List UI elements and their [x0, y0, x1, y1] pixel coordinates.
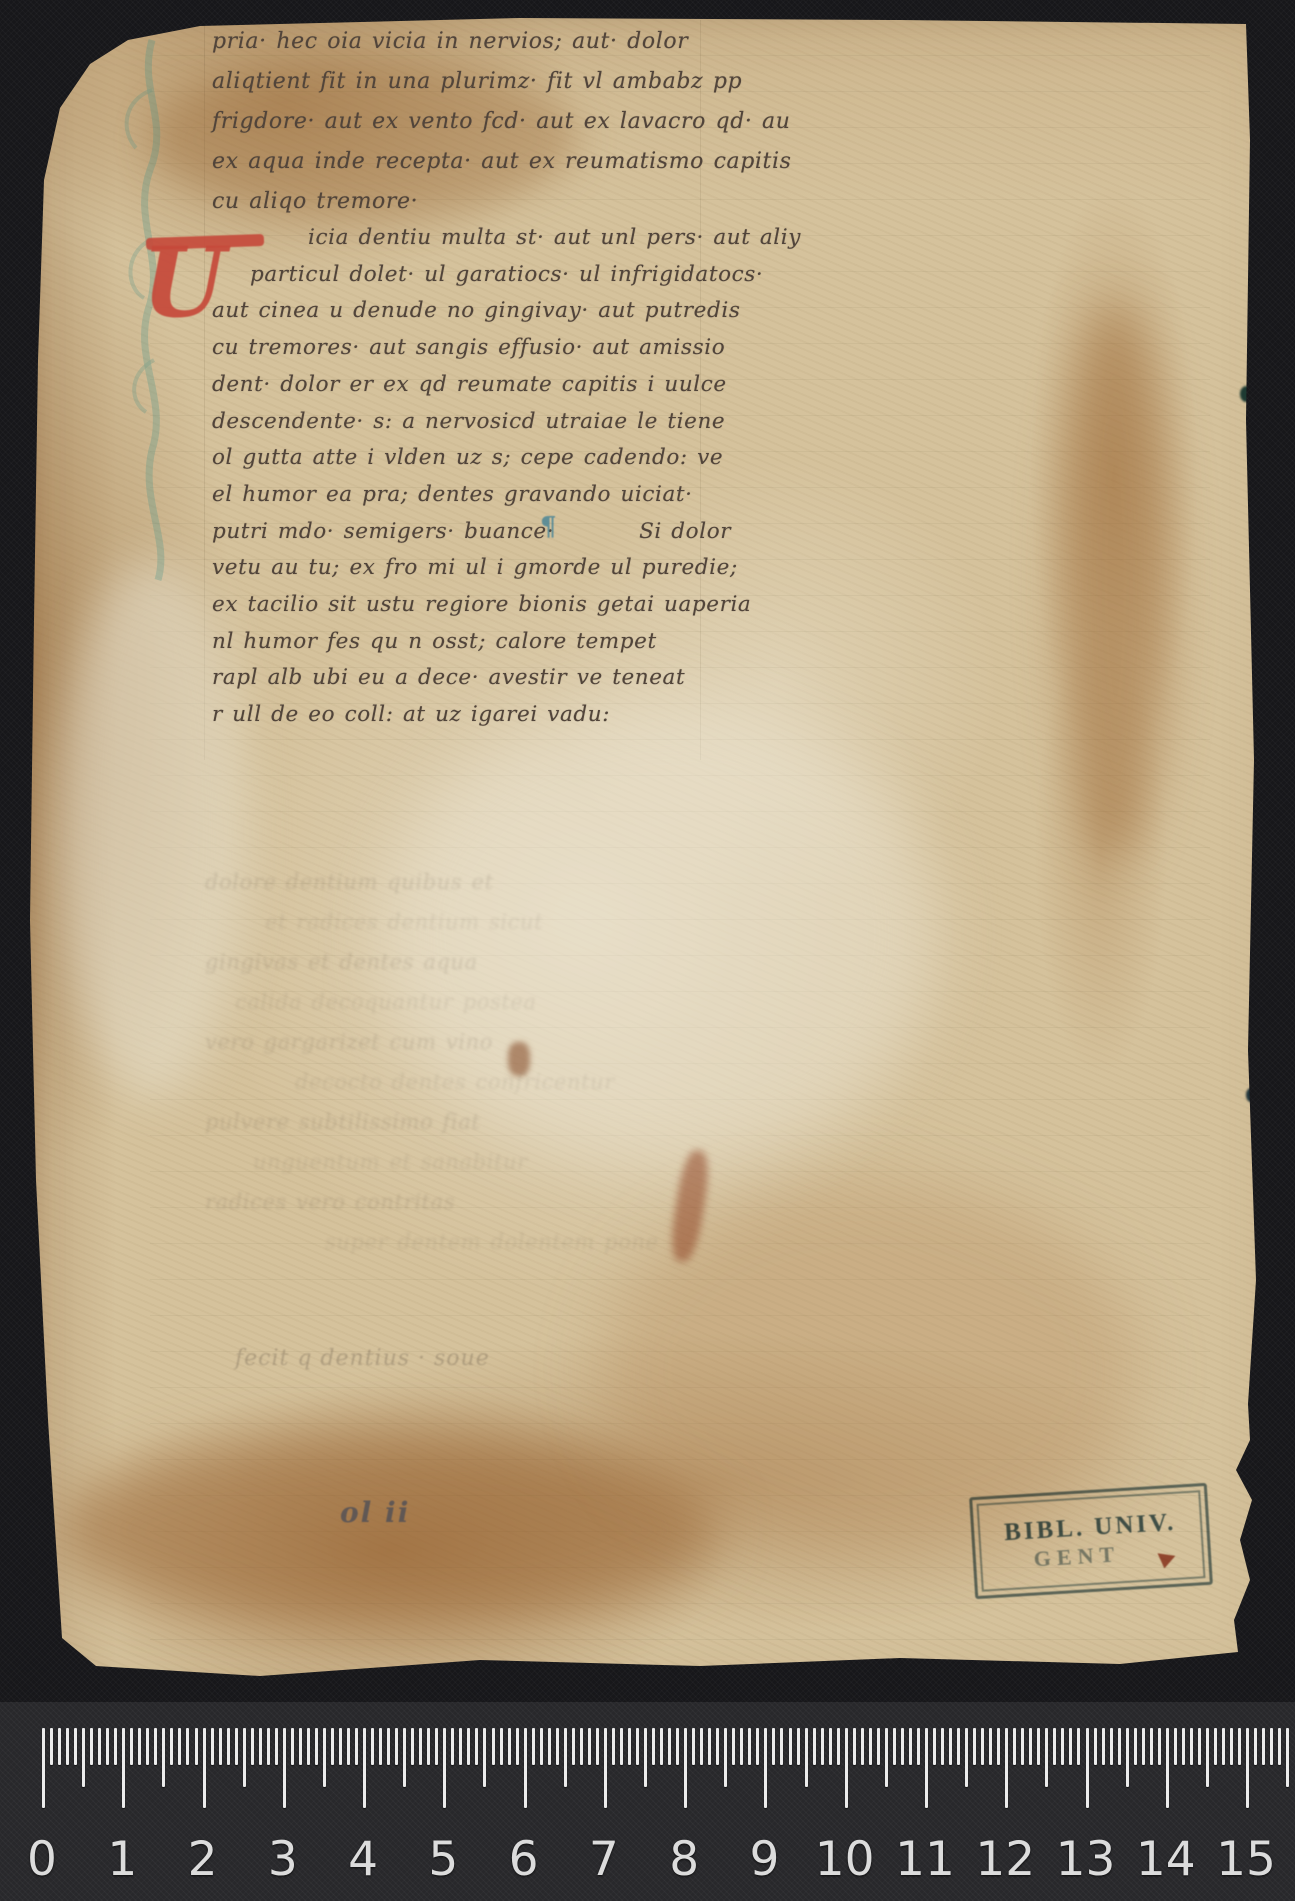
ruler-tick [869, 1728, 872, 1765]
ruler-tick [331, 1728, 334, 1765]
ruler-tick [203, 1728, 206, 1808]
ruler-tick [1270, 1728, 1273, 1765]
ruler-tick [724, 1728, 727, 1787]
ruler-tick [435, 1728, 438, 1765]
ruler-tick [829, 1728, 832, 1765]
ruler-number: 13 [1046, 1832, 1126, 1887]
ruler-tick [315, 1728, 318, 1765]
ruler-number: 14 [1126, 1832, 1206, 1887]
manuscript-line: aliqtient fit in una plurimz· fit vl amb… [212, 62, 732, 102]
ruler-tick [106, 1728, 109, 1765]
ruler-tick [1286, 1728, 1289, 1787]
ruler-tick [933, 1728, 936, 1765]
ruler-tick [307, 1728, 310, 1765]
ruler-tick [371, 1728, 374, 1765]
manuscript-line: nl humor fes qu n osst; calore tempet [212, 624, 732, 661]
ruler-tick [195, 1728, 198, 1765]
ruler-tick [620, 1728, 623, 1765]
ruler-tick [1278, 1728, 1281, 1765]
ruler-tick [427, 1728, 430, 1765]
manuscript-line: putri mdo· semigers· buance· Si dolor [212, 514, 732, 551]
ruler-tick [981, 1728, 984, 1765]
ruler-number: 0 [2, 1832, 82, 1887]
ruler-tick [82, 1728, 85, 1787]
ruler-tick [508, 1728, 511, 1765]
ruler-tick [1166, 1728, 1169, 1808]
ruler-tick [949, 1728, 952, 1765]
ruler-tick [772, 1728, 775, 1765]
ruler-tick [756, 1728, 759, 1765]
ruler-tick [893, 1728, 896, 1765]
ruler-tick [387, 1728, 390, 1765]
ruler-number: 9 [724, 1832, 804, 1887]
page-hole [1240, 386, 1252, 402]
faded-line: radices vero contritas [205, 1182, 825, 1222]
ruler-tick [58, 1728, 61, 1765]
faded-line: calida decoquantur postea [205, 982, 825, 1022]
ruler-tick [1118, 1728, 1121, 1765]
ruler-tick [877, 1728, 880, 1765]
ruler-tick [90, 1728, 93, 1765]
ruler-tick [219, 1728, 222, 1765]
ruler-tick [973, 1728, 976, 1765]
ruler-tick [805, 1728, 808, 1787]
ruler-tick [1069, 1728, 1072, 1765]
ruler-tick [917, 1728, 920, 1765]
ruler-tick [1246, 1728, 1249, 1808]
ruler-tick [170, 1728, 173, 1765]
ruler-tick [652, 1728, 655, 1765]
manuscript-line: dent· dolor er ex qd reumate capitis i u… [212, 367, 732, 404]
faded-line: super dentem dolentem pone [205, 1222, 825, 1262]
ruler-tick [797, 1728, 800, 1765]
ruler-tick [580, 1728, 583, 1765]
ruler-tick [997, 1728, 1000, 1765]
ruler-tick [628, 1728, 631, 1765]
ruler-tick [500, 1728, 503, 1765]
ruler-tick [211, 1728, 214, 1765]
ruler-tick [339, 1728, 342, 1765]
ruler-tick [604, 1728, 607, 1808]
ruler-tick [1182, 1728, 1185, 1765]
ruler-tick [1222, 1728, 1225, 1765]
ruler-number: 12 [965, 1832, 1045, 1887]
ruler-tick [853, 1728, 856, 1765]
manuscript-line: icia dentiu multa st· aut unl pers· aut … [212, 220, 732, 257]
ruler-tick [1174, 1728, 1177, 1765]
ruler-tick [146, 1728, 149, 1765]
manuscript-line: frigdore· aut ex vento fcd· aut ex lavac… [212, 102, 732, 142]
manuscript-line: vetu au tu; ex fro mi ul i gmorde ul pur… [212, 550, 732, 587]
ruler-tick [965, 1728, 968, 1787]
ruler-tick [1077, 1728, 1080, 1765]
faded-line: dolore dentium quibus et [205, 862, 825, 902]
ruler-number: 4 [323, 1832, 403, 1887]
manuscript-line: rapl alb ubi eu a dece· avestir ve tenea… [212, 660, 732, 697]
ruler-tick [1214, 1728, 1217, 1765]
ruler-tick [1013, 1728, 1016, 1765]
ruler-tick [572, 1728, 575, 1765]
faded-line: gingivas et dentes aqua [205, 942, 825, 982]
ruler-tick [1037, 1728, 1040, 1765]
ruler-tick [227, 1728, 230, 1765]
ruler-tick [821, 1728, 824, 1765]
ruler-tick [716, 1728, 719, 1765]
ruler-tick [1198, 1728, 1201, 1765]
ruler-number: 7 [564, 1832, 644, 1887]
manuscript-line: ol gutta atte i vlden uz s; cepe cadendo… [212, 440, 732, 477]
ruler-tick [154, 1728, 157, 1765]
stamp-text-line1: BIBL. UNIV. [1003, 1508, 1177, 1546]
ruler-tick [186, 1728, 189, 1765]
ruler-tick [708, 1728, 711, 1765]
ruler-tick [1029, 1728, 1032, 1765]
ruler-number: 5 [403, 1832, 483, 1887]
ruler-tick [1262, 1728, 1265, 1765]
ruler-number: 3 [243, 1832, 323, 1887]
ruler-tick [837, 1728, 840, 1765]
ruler-tick [548, 1728, 551, 1765]
ruler-tick [122, 1728, 125, 1808]
ruler-tick [98, 1728, 101, 1765]
ruler-tick [516, 1728, 519, 1765]
ruler-tick [740, 1728, 743, 1765]
ruler-tick [1254, 1728, 1257, 1765]
ruler-tick [483, 1728, 486, 1787]
ruler-tick [1158, 1728, 1161, 1765]
ruler-tick [178, 1728, 181, 1765]
ruler-tick [243, 1728, 246, 1787]
ruler-tick [540, 1728, 543, 1765]
ruler-tick [1053, 1728, 1056, 1765]
ruler-tick [789, 1728, 792, 1765]
ruler-tick [395, 1728, 398, 1765]
stamp-red-triangle [1155, 1553, 1175, 1570]
ruler-tick [957, 1728, 960, 1765]
ruler-tick [451, 1728, 454, 1765]
faded-line: pulvere subtilissimo fiat [205, 1102, 825, 1142]
ruler-tick [1142, 1728, 1145, 1765]
ruler-tick [780, 1728, 783, 1765]
faded-bottom-line: fecit q dentius · soue [235, 1346, 490, 1371]
ruler-tick [1134, 1728, 1137, 1765]
ruler-tick [419, 1728, 422, 1765]
ruler-tick [676, 1728, 679, 1765]
ruler-tick [299, 1728, 302, 1765]
ruler-tick [901, 1728, 904, 1765]
ruler-tick [1190, 1728, 1193, 1765]
blue-paraph-mark: ¶ [540, 512, 557, 542]
ruler-tick [636, 1728, 639, 1765]
ruler-tick [475, 1728, 478, 1765]
manuscript-line: pria· hec oia vicia in nervios; aut· dol… [212, 22, 732, 62]
top-text-block: pria· hec oia vicia in nervios; aut· dol… [212, 22, 732, 222]
faded-text-block: dolore dentium quibus etet radices denti… [205, 862, 825, 1262]
ruler-tick [588, 1728, 591, 1765]
ruler-tick [668, 1728, 671, 1765]
ruler-tick [845, 1728, 848, 1808]
ruler-tick [813, 1728, 816, 1765]
ruler-tick [50, 1728, 53, 1765]
ruler-tick [267, 1728, 270, 1765]
faded-line: unguentum et sanabitur [205, 1142, 825, 1182]
ruler-tick [1021, 1728, 1024, 1765]
ruler-tick [492, 1728, 495, 1765]
main-text-block: icia dentiu multa st· aut unl pers· aut … [212, 220, 732, 734]
manuscript-line: particul dolet· ul garatiocs· ul infrigi… [212, 257, 732, 294]
ruler-tick [1005, 1728, 1008, 1808]
ruler-tick [235, 1728, 238, 1765]
ruler-tick [684, 1728, 687, 1808]
folio-number-fragment: ol ii [340, 1496, 410, 1529]
ruler-tick [1110, 1728, 1113, 1765]
ruler-number: 15 [1206, 1832, 1286, 1887]
ruler-tick [1206, 1728, 1209, 1787]
ruler-tick [291, 1728, 294, 1765]
faded-line: vero gargarizet cum vino [205, 1022, 825, 1062]
ruler-tick [909, 1728, 912, 1765]
ruler-tick [379, 1728, 382, 1765]
ruler-number: 11 [885, 1832, 965, 1887]
ruler-tick [1094, 1728, 1097, 1765]
manuscript-line: descendente· s: a nervosicd utraiae le t… [212, 404, 732, 441]
library-stamp: BIBL. UNIV. GENT [969, 1483, 1213, 1599]
ruler-tick [403, 1728, 406, 1787]
manuscript-line: cu tremores· aut sangis effusio· aut ami… [212, 330, 732, 367]
ruler-tick [1230, 1728, 1233, 1765]
ruler-tick [556, 1728, 559, 1765]
ruler-tick [764, 1728, 767, 1808]
ruler-tick [251, 1728, 254, 1765]
ruler-number: 2 [163, 1832, 243, 1887]
ruler-tick [1086, 1728, 1089, 1808]
ruler-tick [861, 1728, 864, 1765]
ruler-tick [612, 1728, 615, 1765]
ruler-tick [138, 1728, 141, 1765]
ruler-tick [748, 1728, 751, 1765]
manuscript-line: aut cinea u denude no gingivay· aut putr… [212, 293, 732, 330]
ruler-tick [989, 1728, 992, 1765]
ruler-tick [363, 1728, 366, 1808]
ruler-tick [275, 1728, 278, 1765]
ruler-tick [42, 1728, 45, 1808]
ruler-tick [925, 1728, 928, 1808]
ruler-tick [74, 1728, 77, 1765]
photo-stage: pria· hec oia vicia in nervios; aut· dol… [0, 0, 1295, 1901]
ruler-tick [885, 1728, 888, 1787]
library-stamp-border: BIBL. UNIV. GENT [977, 1490, 1206, 1592]
ruler-tick [459, 1728, 462, 1765]
manuscript-line: ex aqua inde recepta· aut ex reumatismo … [212, 142, 732, 182]
ruler-tick [467, 1728, 470, 1765]
ruler-tick [1061, 1728, 1064, 1765]
ruler-tick [1045, 1728, 1048, 1787]
manuscript-line: ex tacilio sit ustu regiore bionis getai… [212, 587, 732, 624]
ruler-tick [564, 1728, 567, 1787]
ruler: 0123456789101112131415 [0, 1702, 1295, 1901]
ruler-tick [941, 1728, 944, 1765]
faded-line: et radices dentium sicut [205, 902, 825, 942]
ruler-number: 1 [82, 1832, 162, 1887]
ruler-tick [1102, 1728, 1105, 1765]
ruler-number: 6 [484, 1832, 564, 1887]
faded-line: decocto dentes confricentur [205, 1062, 825, 1102]
ruler-number: 8 [644, 1832, 724, 1887]
manuscript-line: cu aliqo tremore· [212, 182, 732, 222]
ruler-tick [532, 1728, 535, 1765]
stamp-text-line2: GENT [1033, 1541, 1121, 1572]
ruler-tick [596, 1728, 599, 1765]
ruler-tick [411, 1728, 414, 1765]
ruler-tick [443, 1728, 446, 1808]
ruler-tick [130, 1728, 133, 1765]
ruler-tick [259, 1728, 262, 1765]
ruler-tick [644, 1728, 647, 1787]
ruler-tick [1238, 1728, 1241, 1765]
ruler-tick [732, 1728, 735, 1765]
ruler-tick [524, 1728, 527, 1808]
ruler-tick [1126, 1728, 1129, 1787]
manuscript-line: el humor ea pra; dentes gravando uiciat· [212, 477, 732, 514]
ruler-tick [1150, 1728, 1153, 1765]
ruler-tick [700, 1728, 703, 1765]
ruler-tick [355, 1728, 358, 1765]
page-hole [1246, 1088, 1256, 1102]
ruler-tick [323, 1728, 326, 1787]
ruler-tick [114, 1728, 117, 1765]
ruler-tick [347, 1728, 350, 1765]
ruler-tick [66, 1728, 69, 1765]
manuscript-line: r ull de eo coll: at uz igarei vadu: [212, 697, 732, 734]
ruler-tick [283, 1728, 286, 1808]
ruler-tick [692, 1728, 695, 1765]
manuscript-page: pria· hec oia vicia in nervios; aut· dol… [0, 0, 1295, 1705]
ruler-number: 10 [805, 1832, 885, 1887]
ruler-tick [162, 1728, 165, 1787]
ruler-tick [660, 1728, 663, 1765]
